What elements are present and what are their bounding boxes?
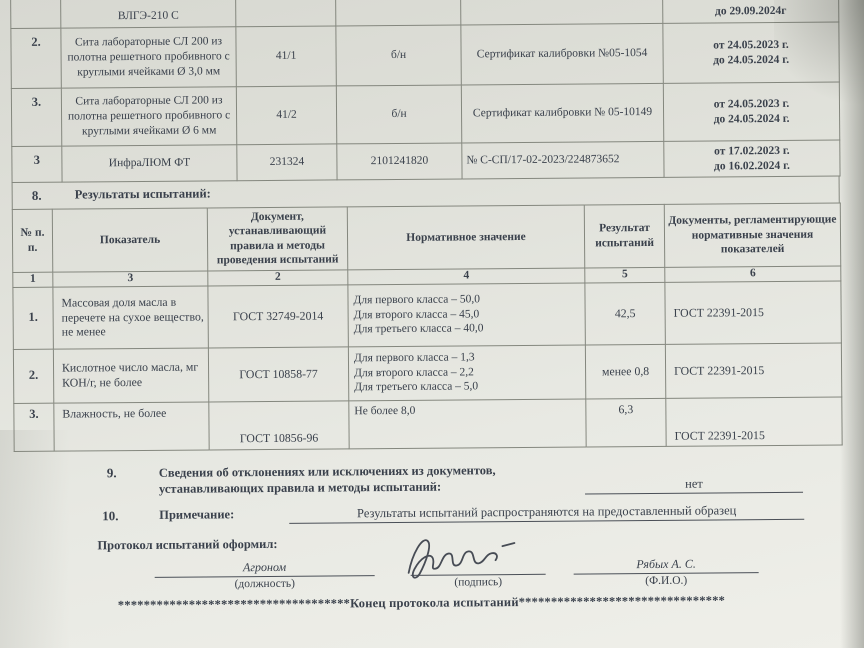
header-test-result: Результат испытаний [584,204,664,267]
cell-normative-document: ГОСТ 22391-2015 [665,342,841,397]
cell-normative-value: Для первого класса – 50,0 Для второго кл… [348,282,585,346]
cell-name: ИнфраЛЮМ ФТ [62,145,237,182]
cell-name: Сита лабораторные СЛ 200 из полотна реше… [61,87,236,146]
position-field: Агроном (должность) [155,559,375,591]
cell-indicator: Влажность, не более [54,401,209,450]
cell-number: 3 [12,146,62,182]
section-9-answer-field: нет [585,476,803,495]
signature-field: (подпись) [411,558,546,589]
results-table: № п. п. Показатель Документ, устанавлива… [12,202,843,451]
cell-normative-document: ГОСТ 22391-2015 [666,396,842,445]
cell-serial-number: 231324 [237,144,337,181]
cell-normative-value: Не более 8,0 [349,398,586,448]
column-index: 3 [53,270,208,286]
cell-serial-number: 41/1 [236,26,336,87]
cell-name: Сита лабораторные СЛ 200 из полотна реше… [61,27,236,88]
cell-method-document: ГОСТ 10856-96 [209,400,349,449]
section-8-title: Результаты испытаний: [61,186,211,208]
cell-indicator: Массовая доля масла в перечете на сухое … [53,285,208,348]
cell-test-result: менее 0,8 [585,344,665,399]
scan-edge-shadow [840,0,864,648]
cell-validity: от 17.02.2023 г. до 16.02.2024 г. [664,140,840,177]
equipment-row: 3. Сита лабораторные СЛ 200 из полотна р… [11,82,839,147]
cell-test-result: 6,3 [586,398,666,447]
cell-normative-value: Для первого класса – 1,3 Для второго кла… [348,344,585,400]
result-row: 3. Влажность, не более ГОСТ 10856-96 Не … [14,396,842,451]
signature-block-title: Протокол испытаний оформил: [97,533,842,554]
equipment-row: 2. Сита лабораторные СЛ 200 из полотна р… [11,22,839,89]
column-index: 5 [585,267,665,283]
section-9-text: Сведения об отклонениях или исключениях … [159,461,577,498]
results-header-row: № п. п. Показатель Документ, устанавлива… [12,203,840,272]
section-10-note-field: Результаты испытаний распространяются на… [289,503,804,524]
document-content: ВЛГЭ-210 С до 29.09.2024г 2. Сита лабора… [10,0,843,614]
cell-name: ВЛГЭ-210 С [61,0,236,28]
cell-row-number: 2. [13,349,53,403]
cell-serial-number [235,0,335,27]
section-9: 9. Сведения об отклонениях или исключени… [107,459,842,499]
column-index: 2 [208,269,348,285]
cell-number [11,0,61,28]
name-value: Рябых А. С. [574,556,759,574]
cell-certificate: № С-СП/17-02-2023/224873652 [462,141,664,179]
date-to: до 16.02.2024 г. [667,158,836,174]
cell-indicator: Кислотное число масла, мг КОН/г, не боле… [53,347,208,402]
equipment-table: ВЛГЭ-210 С до 29.09.2024г 2. Сита лабора… [10,0,841,183]
cell-method-document: ГОСТ 32749-2014 [208,284,348,347]
cell-normative-document: ГОСТ 22391-2015 [665,280,841,343]
column-index: 6 [665,265,841,281]
end-of-protocol-label: Конец протокола испытаний [350,595,519,610]
header-method-document: Документ, устанавливающий правила и мето… [207,207,347,271]
norm-line: Не более 8,0 [354,402,582,418]
signature-caption: (подпись) [411,575,546,589]
signature-row: Агроном (должность) (подпись) Рябых А. С… [155,556,843,591]
cell-certificate [460,0,662,25]
cell-inventory-number [335,0,460,26]
section-10: 10. Примечание: Результаты испытаний рас… [102,503,842,526]
name-caption: (Ф.И.О.) [574,573,759,587]
cell-inventory-number: б/н [336,25,461,86]
section-10-number: 10. [102,508,159,525]
cell-method-document: ГОСТ 10858-77 [208,346,348,401]
signature-line [411,558,546,576]
section-10-label: Примечание: [159,507,289,525]
stars-left: ************************************ [118,597,350,613]
header-number: № п. п. [12,209,52,272]
cell-serial-number: 41/2 [236,86,336,145]
cell-certificate: Сертификат калибровки № 05-10149 [461,83,663,143]
cell-inventory-number: б/н [336,85,461,144]
cell-row-number: 3. [14,403,54,451]
cell-inventory-number: 2101241820 [337,143,462,180]
stars-right: ******************************** [519,594,726,610]
cell-number: 3. [11,88,61,146]
header-indicator: Показатель [52,208,207,272]
cell-test-result: 42,5 [585,282,665,345]
norm-line: Для третьего класса – 40,0 [354,321,582,337]
norm-line: Для третьего класса – 5,0 [354,379,582,395]
date-from: от 17.02.2023 г. [667,143,836,159]
cell-row-number: 1. [13,287,53,349]
cell-certificate: Сертификат калибровки №05-1054 [461,23,663,85]
position-caption: (должность) [155,576,375,591]
name-field: Рябых А. С. (Ф.И.О.) [574,556,759,587]
header-normative-documents: Документы, регламентирующие нормативные … [664,203,840,267]
position-value: Агроном [155,559,375,578]
column-index: 1 [13,272,53,287]
result-row: 1. Массовая доля масла в перечете на сух… [13,280,841,349]
equipment-row: 3 ИнфраЛЮМ ФТ 231324 2101241820 № С-СП/1… [12,140,840,183]
section-9-number: 9. [107,464,159,498]
section-8-number: 8. [13,188,61,209]
header-normative-value: Нормативное значение [347,205,584,269]
cell-number: 2. [11,28,61,88]
result-row: 2. Кислотное число масла, мг КОН/г, не б… [13,342,841,403]
